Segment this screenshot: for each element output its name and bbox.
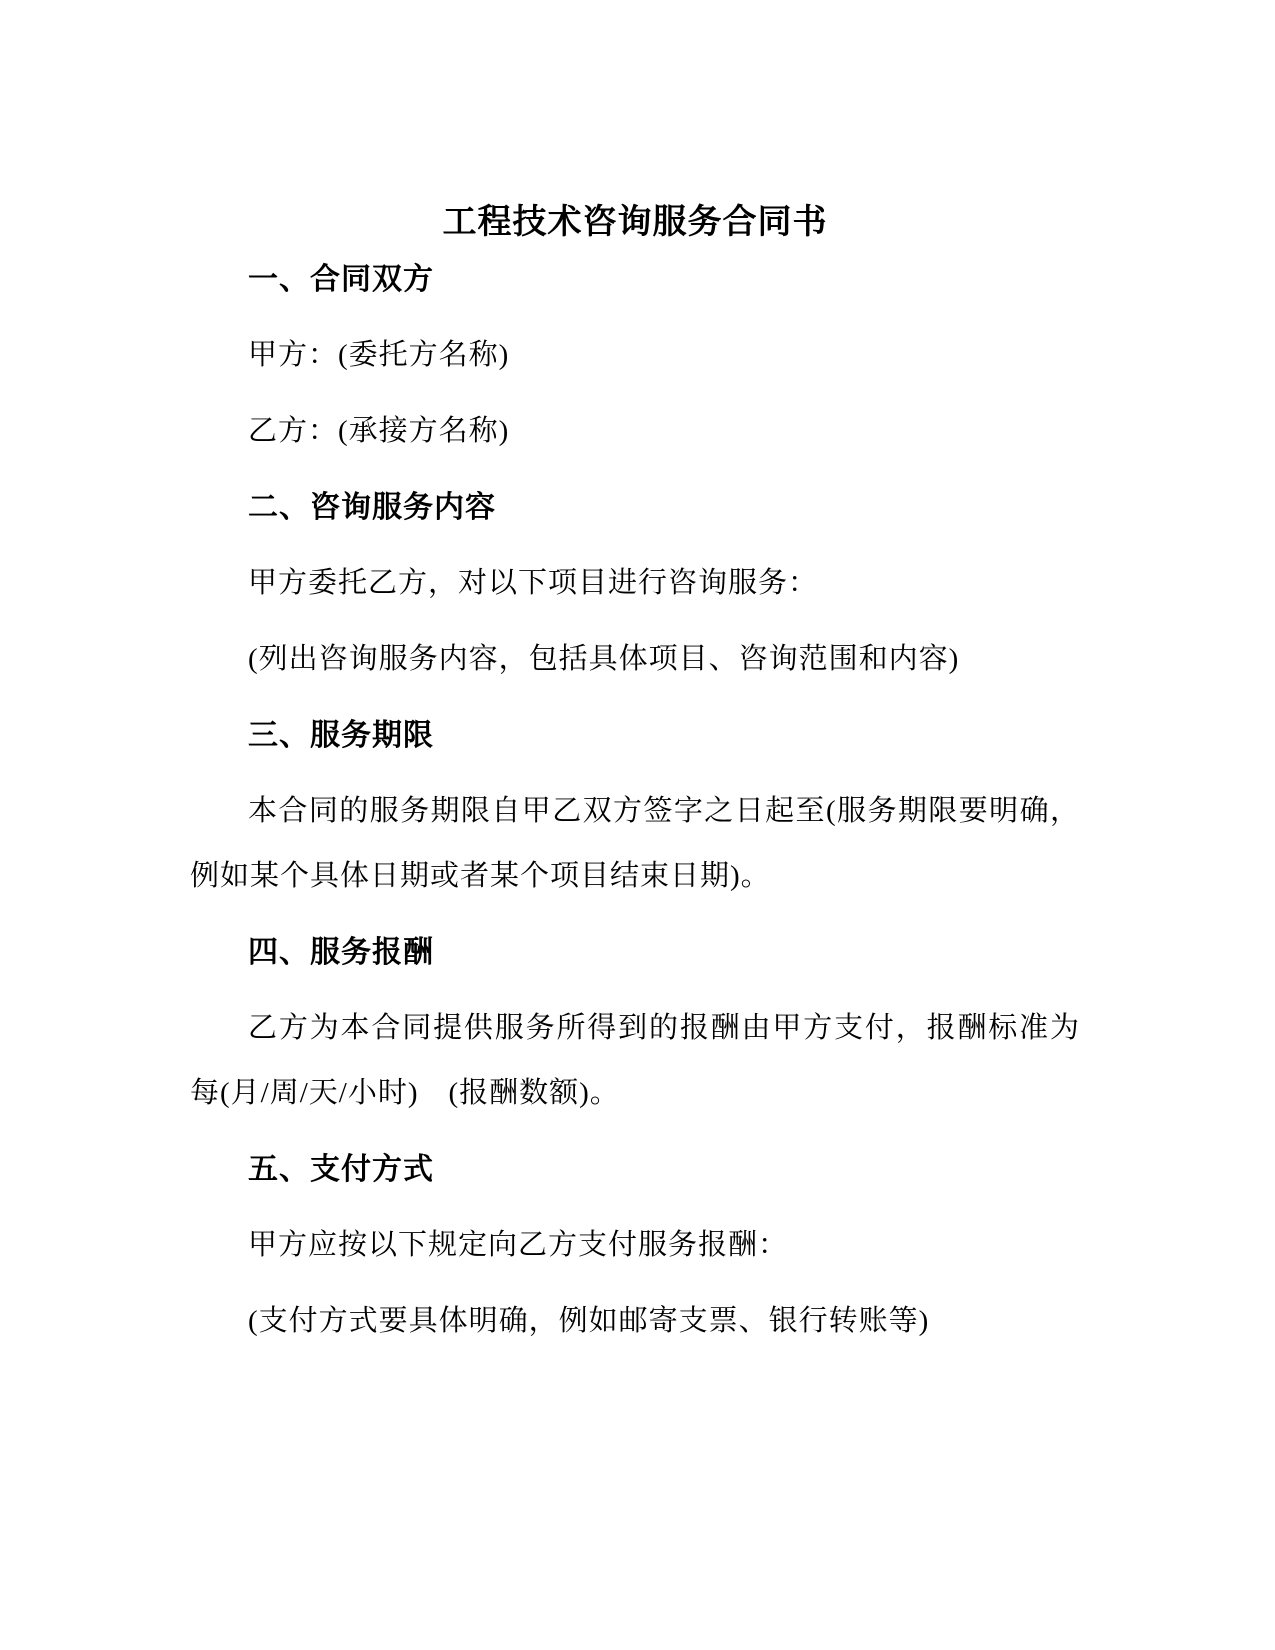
section-service-remuneration: 四、服务报酬 乙方为本合同提供服务所得到的报酬由甲方支付，报酬标准为每(月/周/…: [190, 920, 1080, 1126]
paragraph-service-content-placeholder: (列出咨询服务内容，包括具体项目、咨询范围和内容): [190, 627, 1080, 692]
section-heading-service-term: 三、服务期限: [190, 703, 1080, 768]
document-page: 工程技术咨询服务合同书 一、合同双方 甲方：(委托方名称) 乙方：(承接方名称)…: [0, 0, 1275, 1650]
paragraph-payment-obligation: 甲方应按以下规定向乙方支付服务报酬：: [190, 1213, 1080, 1278]
section-heading-service-remuneration: 四、服务报酬: [190, 920, 1080, 985]
paragraph-party-a: 甲方：(委托方名称): [190, 323, 1080, 388]
section-heading-consulting-service-content: 二、咨询服务内容: [190, 475, 1080, 540]
paragraph-party-b: 乙方：(承接方名称): [190, 399, 1080, 464]
paragraph-service-term: 本合同的服务期限自甲乙双方签字之日起至(服务期限要明确，例如某个具体日期或者某个…: [190, 779, 1080, 909]
section-contract-parties: 一、合同双方 甲方：(委托方名称) 乙方：(承接方名称): [190, 247, 1080, 464]
section-service-term: 三、服务期限 本合同的服务期限自甲乙双方签字之日起至(服务期限要明确，例如某个具…: [190, 703, 1080, 909]
section-heading-payment-method: 五、支付方式: [190, 1137, 1080, 1202]
paragraph-remuneration-terms: 乙方为本合同提供服务所得到的报酬由甲方支付，报酬标准为每(月/周/天/小时) (…: [190, 996, 1080, 1126]
section-payment-method: 五、支付方式 甲方应按以下规定向乙方支付服务报酬： (支付方式要具体明确，例如邮…: [190, 1137, 1080, 1354]
paragraph-service-entrustment: 甲方委托乙方，对以下项目进行咨询服务：: [190, 551, 1080, 616]
section-heading-contract-parties: 一、合同双方: [190, 247, 1080, 312]
paragraph-payment-method-placeholder: (支付方式要具体明确，例如邮寄支票、银行转账等): [190, 1289, 1080, 1354]
section-consulting-service-content: 二、咨询服务内容 甲方委托乙方，对以下项目进行咨询服务： (列出咨询服务内容，包…: [190, 475, 1080, 692]
document-title: 工程技术咨询服务合同书: [190, 199, 1080, 247]
contract-document: 工程技术咨询服务合同书 一、合同双方 甲方：(委托方名称) 乙方：(承接方名称)…: [190, 199, 1080, 1365]
